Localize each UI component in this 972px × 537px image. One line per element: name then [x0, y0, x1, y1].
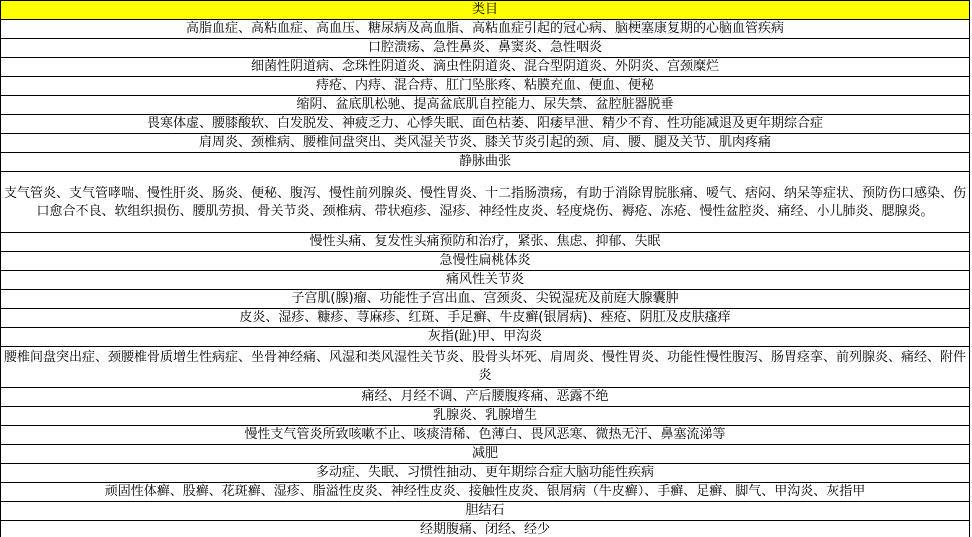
- table-row: 静脉曲张: [1, 153, 970, 172]
- table-row: 腰椎间盘突出症、颈腰椎骨质增生性病症、坐骨神经痛、风湿和类风湿性关节炎、股骨头坏…: [1, 347, 970, 388]
- category-cell[interactable]: 乳腺炎、乳腺增生: [1, 407, 970, 426]
- category-cell[interactable]: 静脉曲张: [1, 153, 970, 172]
- table-row: 口腔溃疡、急性鼻炎、鼻窦炎、急性咽炎: [1, 39, 970, 58]
- category-cell[interactable]: 肩周炎、颈椎病、腰椎间盘突出、类风湿关节炎、膝关节炎引起的颈、肩、腰、腿及关节、…: [1, 134, 970, 153]
- table-row: 慢性支气管炎所致咳嗽不止、咳痰清稀、色薄白、畏风恶寒、微热无汗、鼻塞流涕等: [1, 426, 970, 445]
- category-cell[interactable]: 子宫肌(腺)瘤、功能性子宫出血、宫颈炎、尖锐湿疣及前庭大腺囊肿: [1, 290, 970, 309]
- table-row: 痛风性关节炎: [1, 271, 970, 290]
- table-row: 畏寒体虚、腰膝酸软、白发脱发、神疲乏力、心悸失眠、面色枯萎、阳痿早泄、精少不育、…: [1, 115, 970, 134]
- category-cell[interactable]: 顽固性体癣、股癣、花斑癣、湿疹、脂溢性皮炎、神经性皮炎、接触性皮炎、银屑病（牛皮…: [1, 483, 970, 502]
- table-row: 胆结石: [1, 502, 970, 521]
- table-row: 皮炎、湿疹、糠疹、荨麻疹、红斑、手足癣、牛皮癣(银屑病)、痤疮、阴肛及皮肤瘙痒: [1, 309, 970, 328]
- table-row: 子宫肌(腺)瘤、功能性子宫出血、宫颈炎、尖锐湿疣及前庭大腺囊肿: [1, 290, 970, 309]
- table-row: 痔疮、内痔、混合痔、肛门坠胀疼、粘膜充血、便血、便秘: [1, 77, 970, 96]
- table-row: 顽固性体癣、股癣、花斑癣、湿疹、脂溢性皮炎、神经性皮炎、接触性皮炎、银屑病（牛皮…: [1, 483, 970, 502]
- header-row: 类目: [1, 1, 970, 20]
- table-row: 支气管炎、支气管哮喘、慢性肝炎、肠炎、便秘、腹泻、慢性前列腺炎、慢性胃炎、十二指…: [1, 172, 970, 233]
- category-cell[interactable]: 细菌性阴道病、念珠性阴道炎、滴虫性阴道炎、混合型阴道炎、外阴炎、宫颈糜烂: [1, 58, 970, 77]
- column-header-category[interactable]: 类目: [1, 1, 970, 20]
- category-cell[interactable]: 急慢性扁桃体炎: [1, 252, 970, 271]
- category-cell[interactable]: 慢性头痛、复发性头痛预防和治疗，紧张、焦虑、抑郁、失眠: [1, 233, 970, 252]
- category-cell[interactable]: 口腔溃疡、急性鼻炎、鼻窦炎、急性咽炎: [1, 39, 970, 58]
- category-cell[interactable]: 多动症、失眠、习惯性抽动、更年期综合症大脑功能性疾病: [1, 464, 970, 483]
- table-row: 急慢性扁桃体炎: [1, 252, 970, 271]
- table-row: 缩阴、盆底肌松驰、提高盆底肌自控能力、尿失禁、盆腔脏器脱垂: [1, 96, 970, 115]
- category-cell[interactable]: 痛经、月经不调、产后腰腹疼痛、恶露不绝: [1, 388, 970, 407]
- category-cell[interactable]: 腰椎间盘突出症、颈腰椎骨质增生性病症、坐骨神经痛、风湿和类风湿性关节炎、股骨头坏…: [1, 347, 970, 388]
- category-cell[interactable]: 痔疮、内痔、混合痔、肛门坠胀疼、粘膜充血、便血、便秘: [1, 77, 970, 96]
- category-cell[interactable]: 胆结石: [1, 502, 970, 521]
- table-row: 痛经、月经不调、产后腰腹疼痛、恶露不绝: [1, 388, 970, 407]
- category-table: 类目 高脂血症、高粘血症、高血压、糖尿病及高血脂、高粘血症引起的冠心病、脑梗塞康…: [0, 0, 970, 537]
- table-row: 灰指(趾)甲、甲沟炎: [1, 328, 970, 347]
- category-cell[interactable]: 减肥: [1, 445, 970, 464]
- table-row: 慢性头痛、复发性头痛预防和治疗，紧张、焦虑、抑郁、失眠: [1, 233, 970, 252]
- table-row: 经期腹痛、闭经、经少: [1, 521, 970, 537]
- category-cell[interactable]: 缩阴、盆底肌松驰、提高盆底肌自控能力、尿失禁、盆腔脏器脱垂: [1, 96, 970, 115]
- category-cell[interactable]: 皮炎、湿疹、糠疹、荨麻疹、红斑、手足癣、牛皮癣(银屑病)、痤疮、阴肛及皮肤瘙痒: [1, 309, 970, 328]
- category-cell[interactable]: 慢性支气管炎所致咳嗽不止、咳痰清稀、色薄白、畏风恶寒、微热无汗、鼻塞流涕等: [1, 426, 970, 445]
- table-row: 肩周炎、颈椎病、腰椎间盘突出、类风湿关节炎、膝关节炎引起的颈、肩、腰、腿及关节、…: [1, 134, 970, 153]
- table-row: 乳腺炎、乳腺增生: [1, 407, 970, 426]
- category-cell[interactable]: 痛风性关节炎: [1, 271, 970, 290]
- category-cell[interactable]: 经期腹痛、闭经、经少: [1, 521, 970, 537]
- table-row: 细菌性阴道病、念珠性阴道炎、滴虫性阴道炎、混合型阴道炎、外阴炎、宫颈糜烂: [1, 58, 970, 77]
- category-cell[interactable]: 高脂血症、高粘血症、高血压、糖尿病及高血脂、高粘血症引起的冠心病、脑梗塞康复期的…: [1, 20, 970, 39]
- category-cell[interactable]: 支气管炎、支气管哮喘、慢性肝炎、肠炎、便秘、腹泻、慢性前列腺炎、慢性胃炎、十二指…: [1, 172, 970, 233]
- table-row: 高脂血症、高粘血症、高血压、糖尿病及高血脂、高粘血症引起的冠心病、脑梗塞康复期的…: [1, 20, 970, 39]
- category-cell[interactable]: 畏寒体虚、腰膝酸软、白发脱发、神疲乏力、心悸失眠、面色枯萎、阳痿早泄、精少不育、…: [1, 115, 970, 134]
- table-row: 减肥: [1, 445, 970, 464]
- category-cell[interactable]: 灰指(趾)甲、甲沟炎: [1, 328, 970, 347]
- table-row: 多动症、失眠、习惯性抽动、更年期综合症大脑功能性疾病: [1, 464, 970, 483]
